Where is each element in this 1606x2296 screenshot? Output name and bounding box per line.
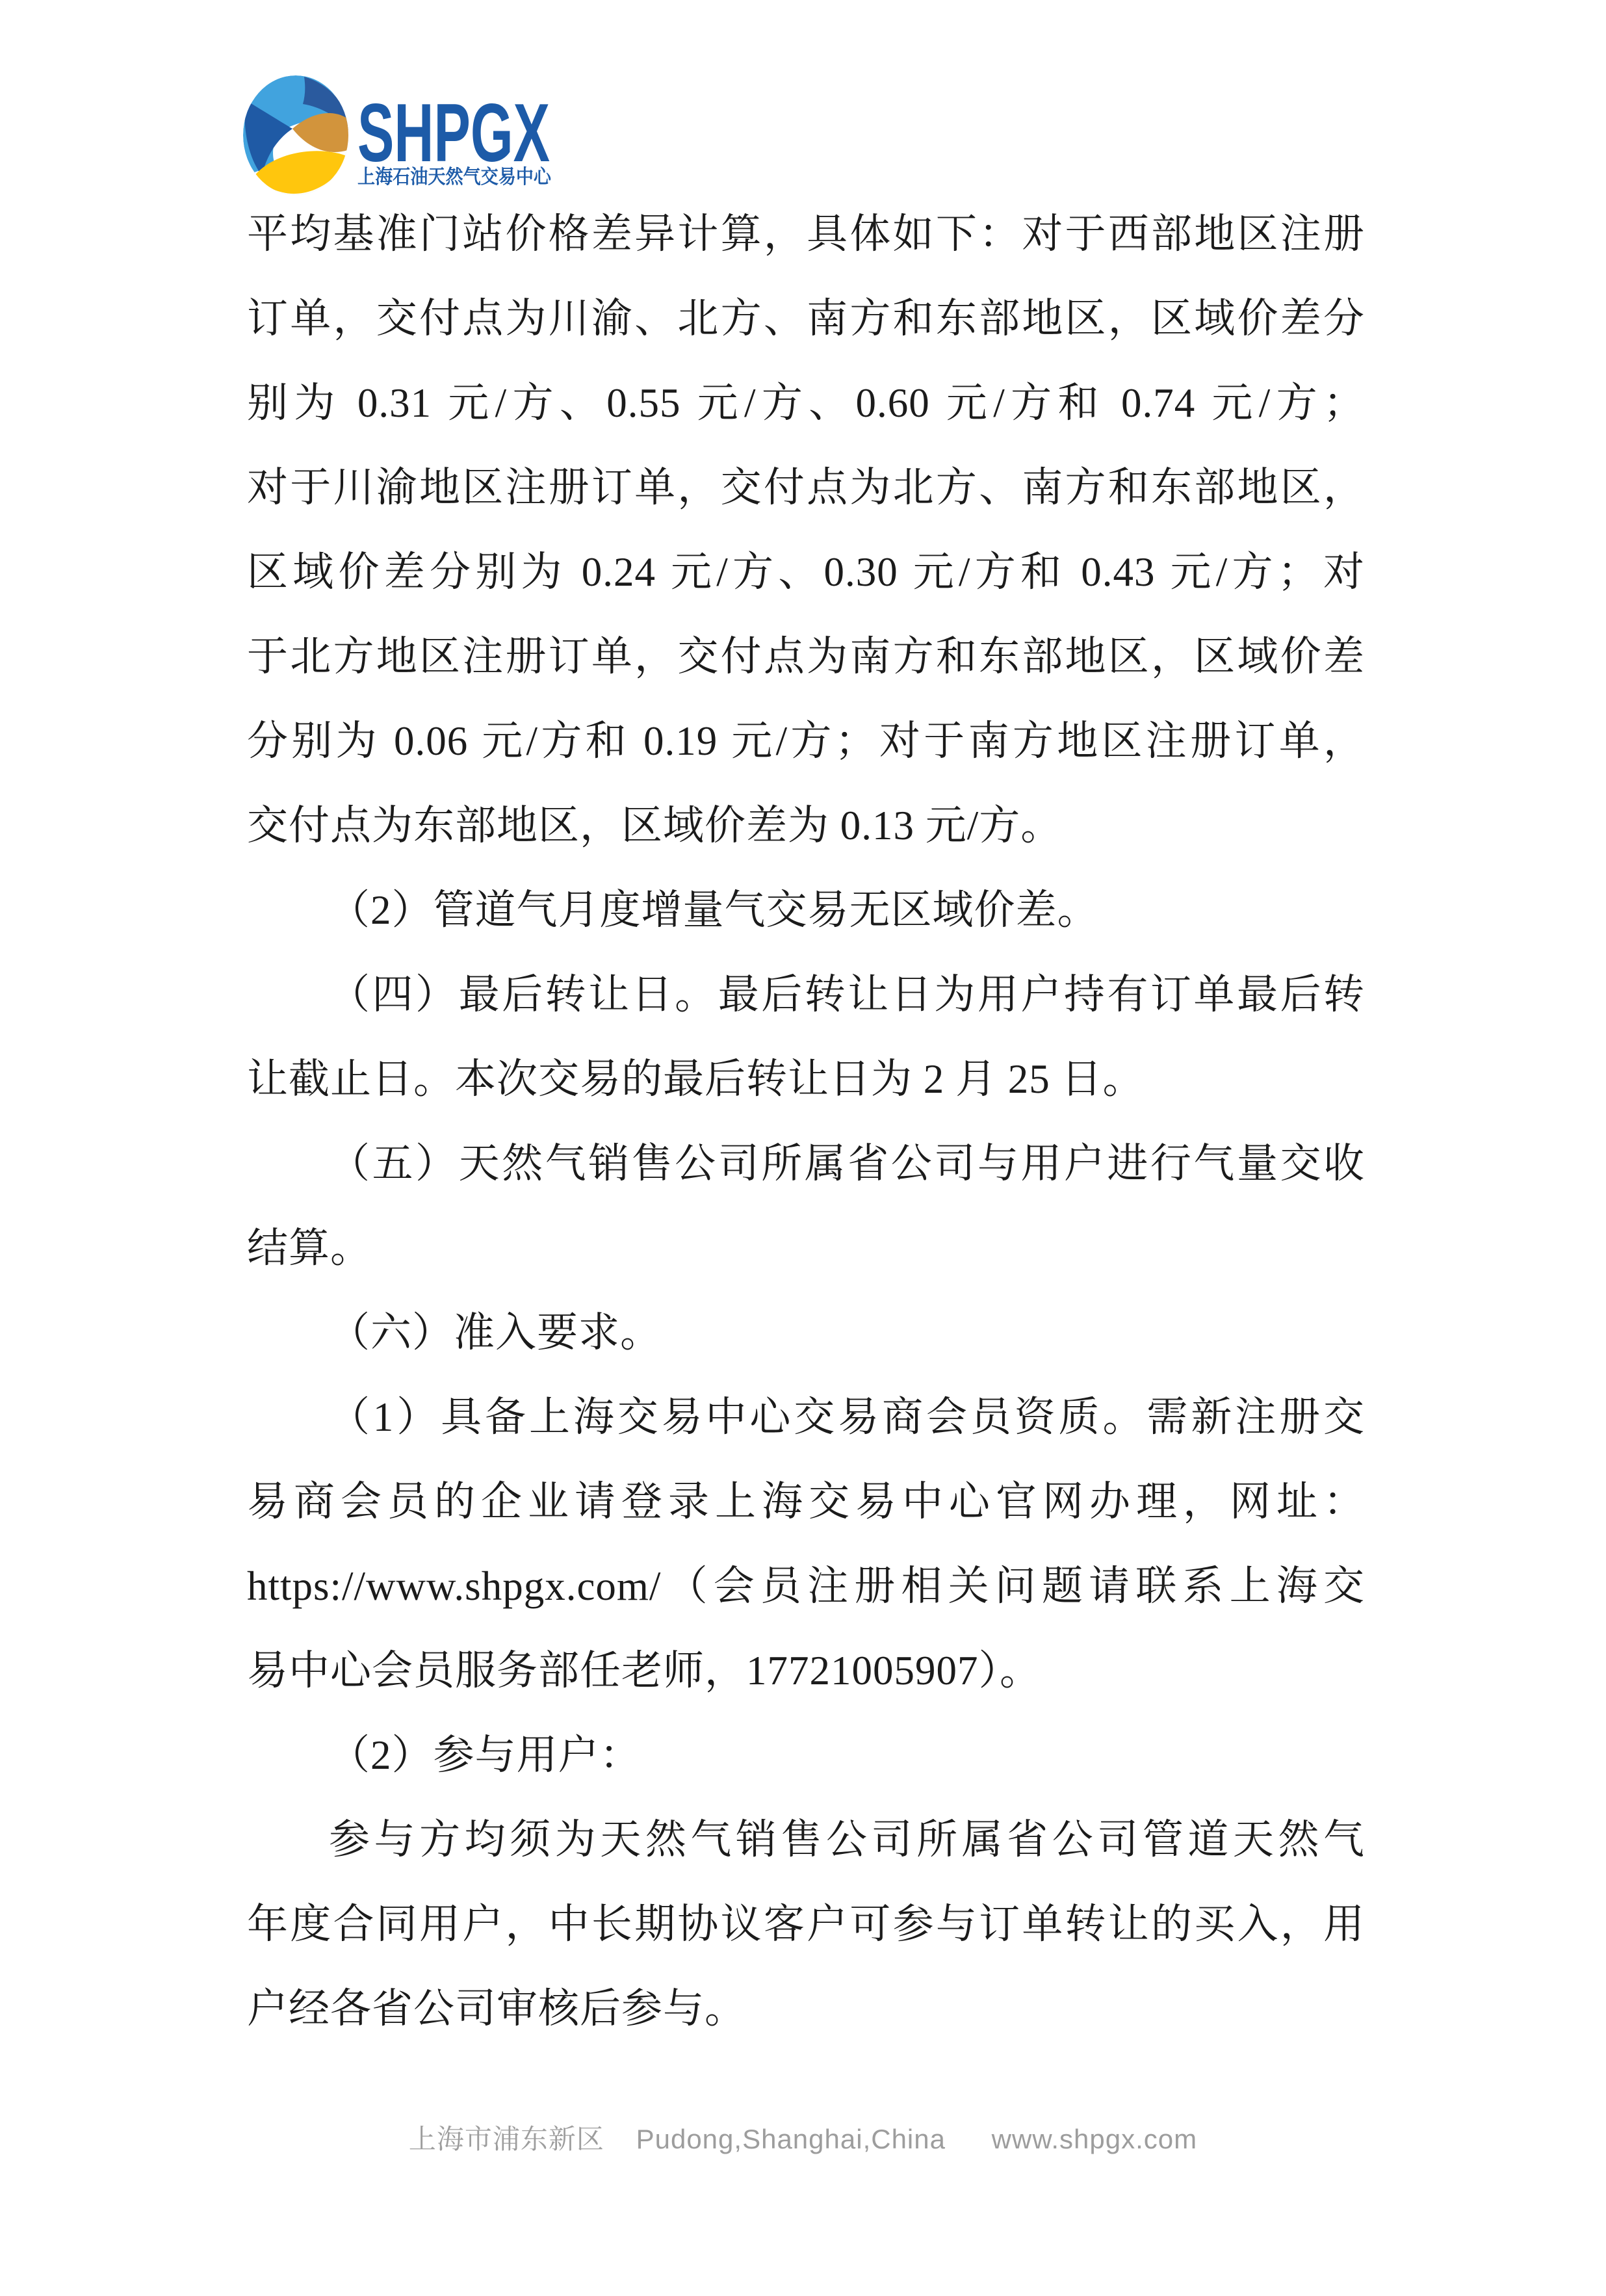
text-line: 交付点为东部地区，区域价差为 0.13 元/方。 [247, 783, 1365, 868]
brand-wordmark: SHPGX [357, 86, 550, 179]
text-line: 分别为 0.06 元/方和 0.19 元/方；对于南方地区注册订单， [247, 699, 1365, 783]
text-line: 参与方均须为天然气销售公司所属省公司管道天然气 [247, 1797, 1365, 1882]
text-line: 于北方地区注册订单，交付点为南方和东部地区，区域价差 [247, 614, 1365, 699]
text-line: （2）管道气月度增量气交易无区域价差。 [247, 868, 1365, 952]
text-line: 让截止日。本次交易的最后转让日为 2 月 25 日。 [247, 1037, 1365, 1121]
globe-icon [240, 75, 351, 198]
text-line: （六）准入要求。 [247, 1290, 1365, 1375]
text-line: 年度合同用户，中长期协议客户可参与订单转让的买入，用 [247, 1882, 1365, 1966]
text-line: 易商会员的企业请登录上海交易中心官网办理，网址： [247, 1459, 1365, 1544]
text-line: 订单，交付点为川渝、北方、南方和东部地区，区域价差分 [247, 276, 1365, 361]
shpgx-logo: SHPGX 上海石油天然气交易中心 [240, 70, 554, 198]
footer-address-cn: 上海市浦东新区 [409, 2124, 604, 2154]
page: SHPGX 上海石油天然气交易中心 平均基准门站价格差异计算，具体如下：对于西部… [0, 0, 1606, 2296]
text-line: 别为 0.31 元/方、0.55 元/方、0.60 元/方和 0.74 元/方； [247, 361, 1365, 445]
text-line: 平均基准门站价格差异计算，具体如下：对于西部地区注册 [247, 192, 1365, 276]
text-line: 结算。 [247, 1206, 1365, 1290]
footer-website: www.shpgx.com [992, 2124, 1197, 2154]
page-footer: 上海市浦东新区 Pudong,Shanghai,China www.shpgx.… [0, 2118, 1606, 2157]
text-line: 区域价差分别为 0.24 元/方、0.30 元/方和 0.43 元/方；对 [247, 530, 1365, 614]
text-line: （2）参与用户： [247, 1713, 1365, 1797]
text-line: 对于川渝地区注册订单，交付点为北方、南方和东部地区， [247, 445, 1365, 530]
text-line: 户经各省公司审核后参与。 [247, 1966, 1365, 2051]
text-line: 易中心会员服务部任老师，17721005907）。 [247, 1628, 1365, 1713]
footer-address-en: Pudong,Shanghai,China [636, 2124, 946, 2154]
document-body: 平均基准门站价格差异计算，具体如下：对于西部地区注册订单，交付点为川渝、北方、南… [247, 192, 1365, 2051]
brand-tagline: 上海石油天然气交易中心 [357, 166, 552, 188]
text-line: （四）最后转让日。最后转让日为用户持有订单最后转 [247, 952, 1365, 1037]
text-line: https://www.shpgx.com/（会员注册相关问题请联系上海交 [247, 1544, 1365, 1628]
text-line: （五）天然气销售公司所属省公司与用户进行气量交收 [247, 1121, 1365, 1206]
text-line: （1）具备上海交易中心交易商会员资质。需新注册交 [247, 1375, 1365, 1459]
